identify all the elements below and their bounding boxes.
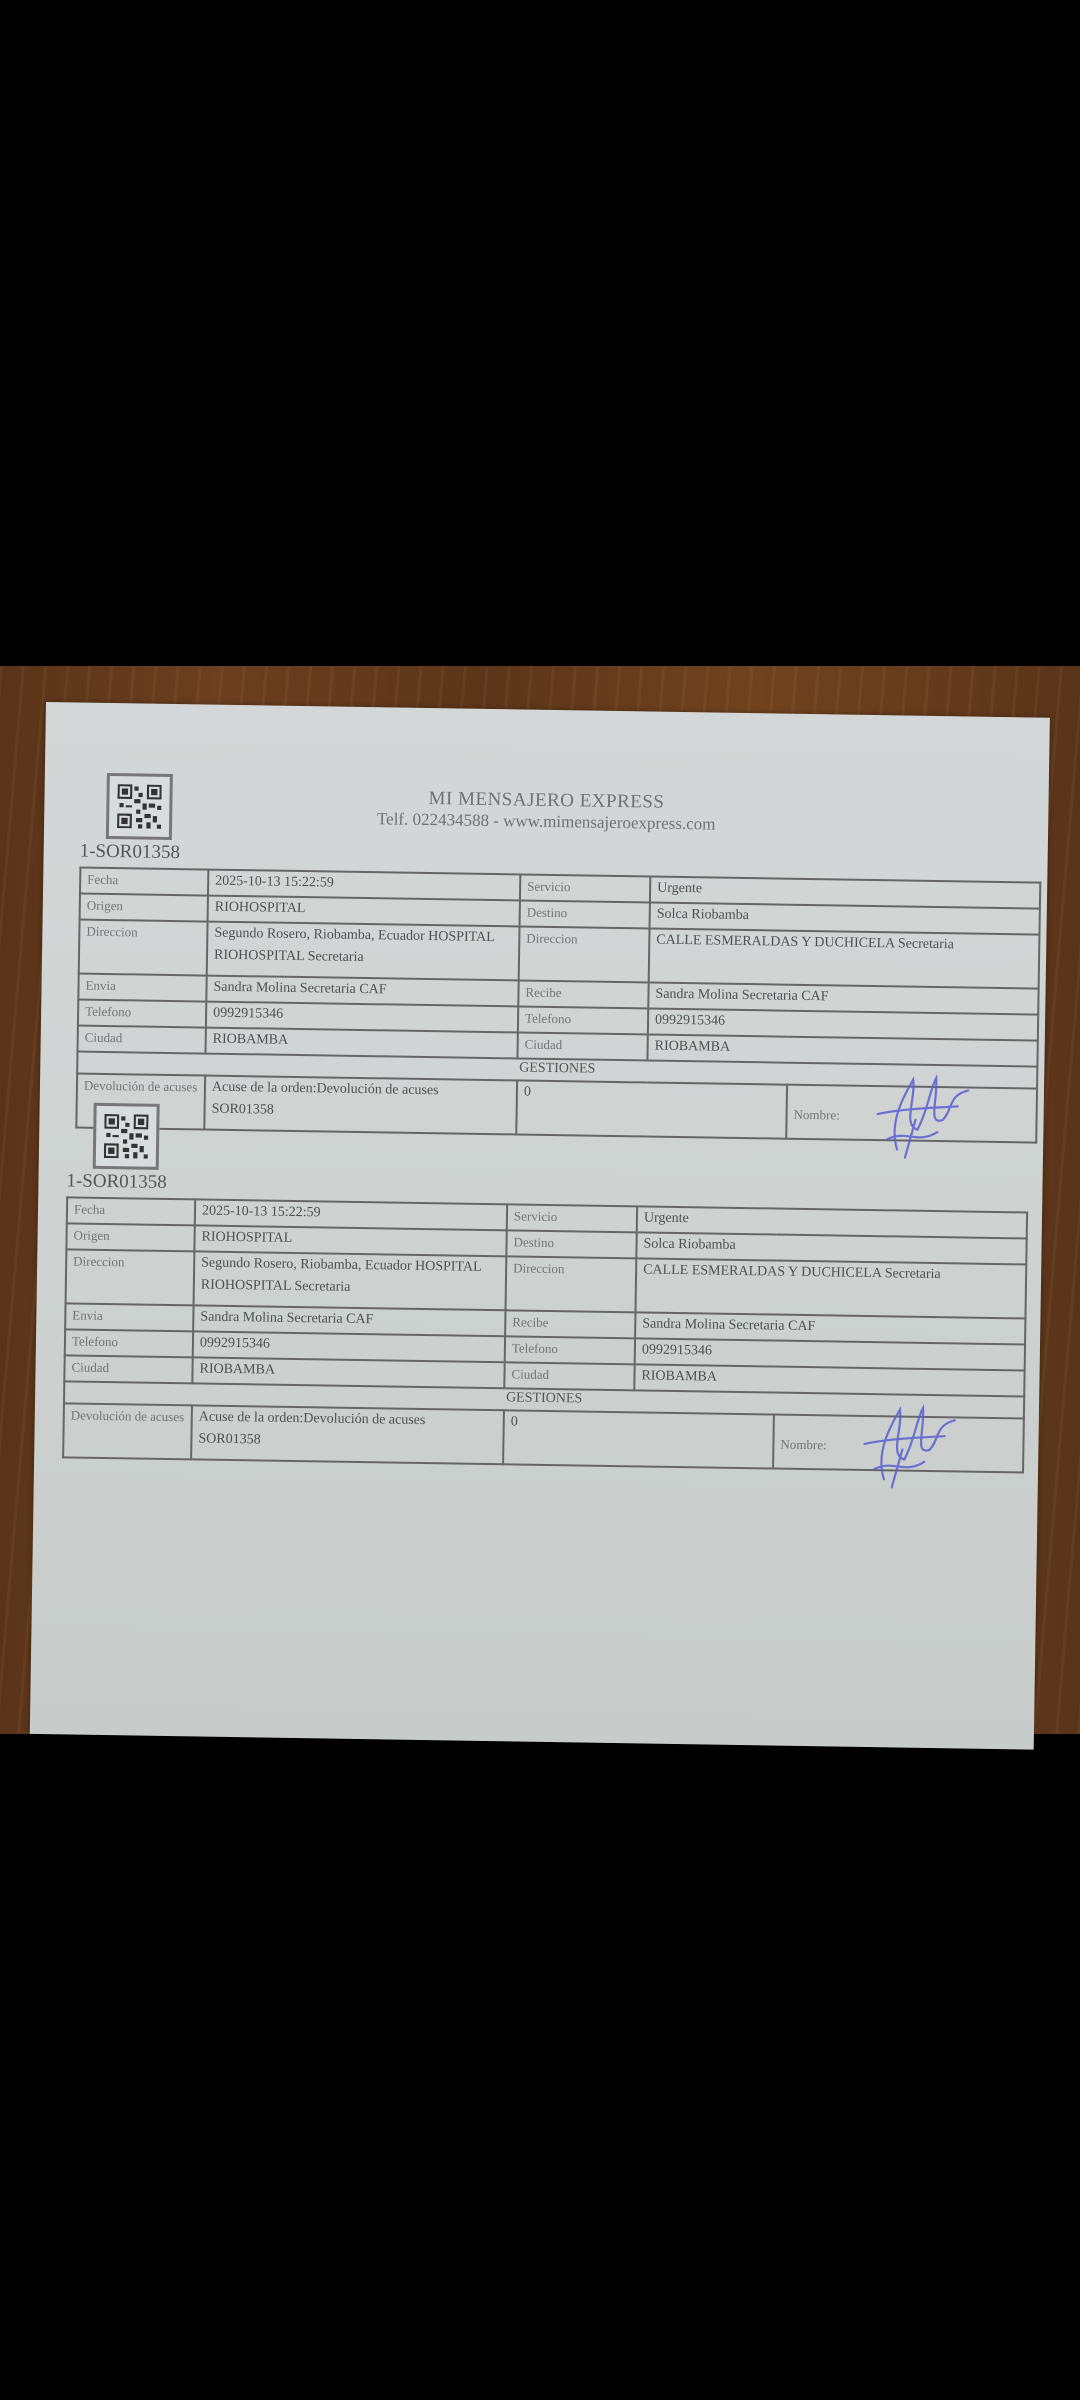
shipping-slip: 1-SOR01358 Fecha 2025-10-13 15:22:59 Ser… bbox=[75, 773, 1040, 1144]
dest-ciudad-label: Ciudad bbox=[504, 1362, 634, 1390]
shipping-document: MI MENSAJERO EXPRESS Telf. 022434588 - w… bbox=[30, 702, 1050, 1750]
direccion-line-1: Segundo Rosero, Riobamba, Ecuador HOSPIT… bbox=[201, 1256, 499, 1277]
servicio-label: Servicio bbox=[520, 874, 650, 902]
direccion-label: Direccion bbox=[66, 1249, 195, 1305]
servicio-label: Servicio bbox=[507, 1204, 637, 1232]
dest-telefono-label: Telefono bbox=[505, 1336, 635, 1364]
ciudad-label: Ciudad bbox=[64, 1355, 192, 1383]
origen-label: Origen bbox=[66, 1223, 194, 1251]
direccion-label: Direccion bbox=[79, 920, 208, 976]
fecha-label: Fecha bbox=[80, 868, 208, 896]
direccion-value: Segundo Rosero, Riobamba, Ecuador HOSPIT… bbox=[207, 922, 520, 981]
ciudad-label: Ciudad bbox=[78, 1026, 206, 1054]
dest-ciudad-label: Ciudad bbox=[517, 1032, 647, 1060]
envia-label: Envia bbox=[65, 1303, 193, 1331]
destino-label: Destino bbox=[506, 1230, 636, 1258]
origen-label: Origen bbox=[80, 894, 208, 922]
signature-icon bbox=[844, 1399, 965, 1491]
shipment-details-table: Fecha 2025-10-13 15:22:59 Servicio Urgen… bbox=[62, 1196, 1028, 1473]
dest-direccion-value: CALLE ESMERALDAS Y DUCHICELA Secretaria bbox=[635, 1258, 1026, 1318]
direccion-line-1: Segundo Rosero, Riobamba, Ecuador HOSPIT… bbox=[214, 926, 512, 947]
nombre-label: Nombre: bbox=[780, 1437, 826, 1453]
shipping-slip: 1-SOR01358 Fecha 2025-10-13 15:22:59 Ser… bbox=[62, 1102, 1027, 1473]
gestion-detalle: Acuse de la orden:Devolución de acuses S… bbox=[191, 1405, 504, 1464]
gestion-detalle-line-2: SOR01358 bbox=[198, 1431, 496, 1452]
dest-direccion-label: Direccion bbox=[519, 926, 650, 982]
dest-telefono-label: Telefono bbox=[518, 1006, 648, 1034]
qr-code-icon bbox=[106, 773, 173, 840]
envia-label: Envia bbox=[78, 974, 206, 1002]
gestion-detalle-line-1: Acuse de la orden:Devolución de acuses bbox=[199, 1409, 497, 1430]
gestion-firma-cell: Nombre: bbox=[773, 1415, 1024, 1473]
recibe-label: Recibe bbox=[518, 980, 648, 1008]
dest-direccion-value: CALLE ESMERALDAS Y DUCHICELA Secretaria bbox=[649, 929, 1040, 989]
direccion-line-2: RIOHOSPITAL Secretaria bbox=[201, 1278, 499, 1299]
direccion-value: Segundo Rosero, Riobamba, Ecuador HOSPIT… bbox=[194, 1251, 507, 1310]
destino-label: Destino bbox=[520, 900, 650, 928]
dest-direccion-label: Direccion bbox=[506, 1256, 637, 1312]
gestion-detalle-line-1: Acuse de la orden:Devolución de acuses bbox=[212, 1080, 510, 1101]
qr-code-icon bbox=[93, 1103, 160, 1170]
recibe-label: Recibe bbox=[505, 1310, 635, 1338]
gestion-tipo: Devolución de acuses bbox=[63, 1403, 192, 1459]
telefono-label: Telefono bbox=[65, 1329, 193, 1357]
gestion-cantidad: 0 bbox=[503, 1410, 774, 1468]
fecha-label: Fecha bbox=[67, 1197, 195, 1225]
telefono-label: Telefono bbox=[78, 1000, 206, 1028]
direccion-line-2: RIOHOSPITAL Secretaria bbox=[214, 948, 512, 969]
shipment-details-table: Fecha 2025-10-13 15:22:59 Servicio Urgen… bbox=[75, 867, 1041, 1144]
